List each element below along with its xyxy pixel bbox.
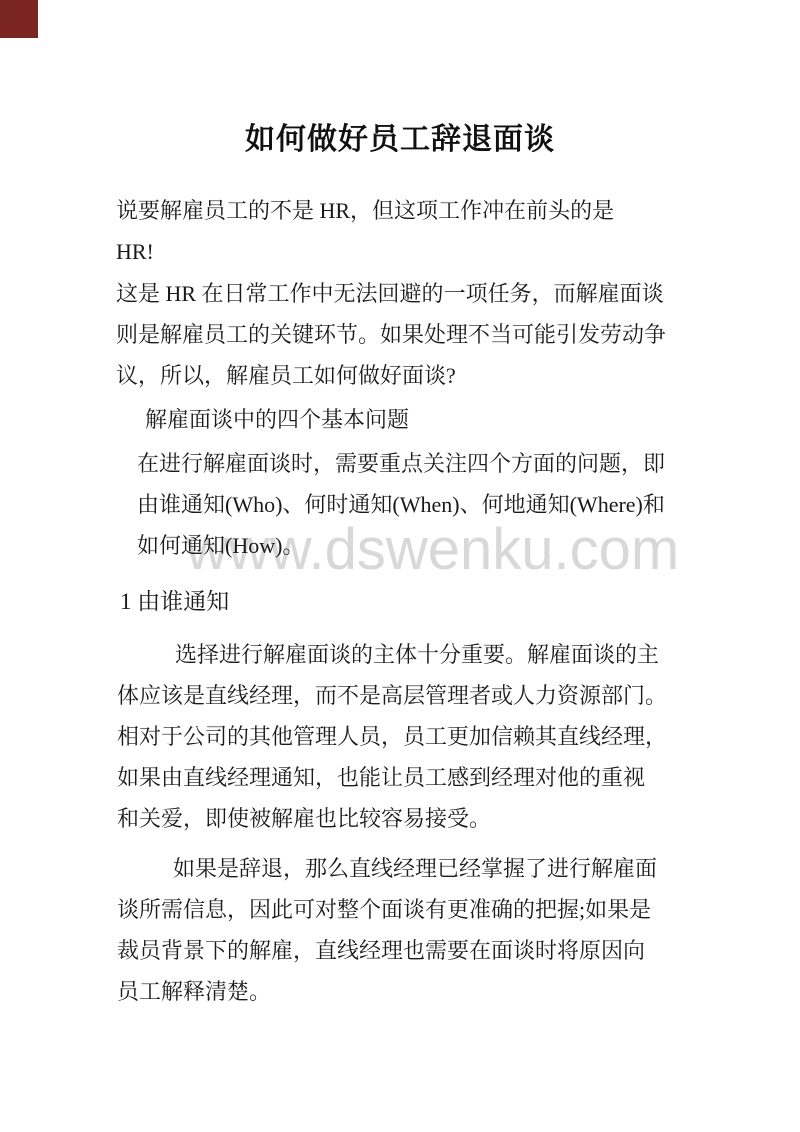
text-line: 相对于公司的其他管理人员，员工更加信赖其直线经理， xyxy=(117,716,667,757)
paragraph-four-aspects: 在进行解雇面谈时，需要重点关注四个方面的问题，即 由谁通知(Who)、何时通知(… xyxy=(137,443,665,566)
text-line: 如果是辞退，那么直线经理已经掌握了进行解雇面 xyxy=(117,848,657,889)
text-line: 如果由直线经理通知，也能让员工感到经理对他的重视 xyxy=(117,757,667,798)
corner-mark xyxy=(0,0,38,38)
paragraph-line-manager: 选择进行解雇面谈的主体十分重要。解雇面谈的主 体应该是直线经理，而不是高层管理者… xyxy=(117,634,667,839)
text-line: 裁员背景下的解雇，直线经理也需要在面谈时将原因向 xyxy=(117,930,657,971)
text-line: 和关爱，即使被解雇也比较容易接受。 xyxy=(117,798,667,839)
text-line: 选择进行解雇面谈的主体十分重要。解雇面谈的主 xyxy=(117,634,667,675)
text-line: 谈所需信息，因此可对整个面谈有更准确的把握;如果是 xyxy=(117,889,657,930)
paragraph-dismissal-info: 如果是辞退，那么直线经理已经掌握了进行解雇面 谈所需信息，因此可对整个面谈有更准… xyxy=(117,848,657,1012)
text-line: 1 由谁通知 xyxy=(120,581,229,622)
paragraph-intro: 说要解雇员工的不是 HR，但这项工作冲在前头的是 HR! xyxy=(116,190,614,272)
text-line: 解雇面谈中的四个基本问题 xyxy=(145,399,409,440)
text-line: 说要解雇员工的不是 HR，但这项工作冲在前头的是 xyxy=(116,190,614,231)
document-page: 如何做好员工辞退面谈 www.dswenku.com 说要解雇员工的不是 HR，… xyxy=(0,0,800,1132)
text-line: 体应该是直线经理，而不是高层管理者或人力资源部门。 xyxy=(117,675,667,716)
text-line: 在进行解雇面谈时，需要重点关注四个方面的问题，即 xyxy=(137,443,665,484)
section-heading-who: 1 由谁通知 xyxy=(120,581,229,622)
page-title: 如何做好员工辞退面谈 xyxy=(0,118,800,162)
subheading-four-questions: 解雇面谈中的四个基本问题 xyxy=(145,399,409,440)
text-line: 这是 HR 在日常工作中无法回避的一项任务，而解雇面谈 xyxy=(116,273,666,314)
text-line: 如何通知(How)。 xyxy=(137,525,665,566)
text-line: HR! xyxy=(116,231,614,272)
paragraph-task: 这是 HR 在日常工作中无法回避的一项任务，而解雇面谈 则是解雇员工的关键环节。… xyxy=(116,273,666,396)
text-line: 则是解雇员工的关键环节。如果处理不当可能引发劳动争 xyxy=(116,314,666,355)
text-line: 议，所以，解雇员工如何做好面谈? xyxy=(116,355,666,396)
text-line: 员工解释清楚。 xyxy=(117,971,657,1012)
text-line: 由谁通知(Who)、何时通知(When)、何地通知(Where)和 xyxy=(137,484,665,525)
